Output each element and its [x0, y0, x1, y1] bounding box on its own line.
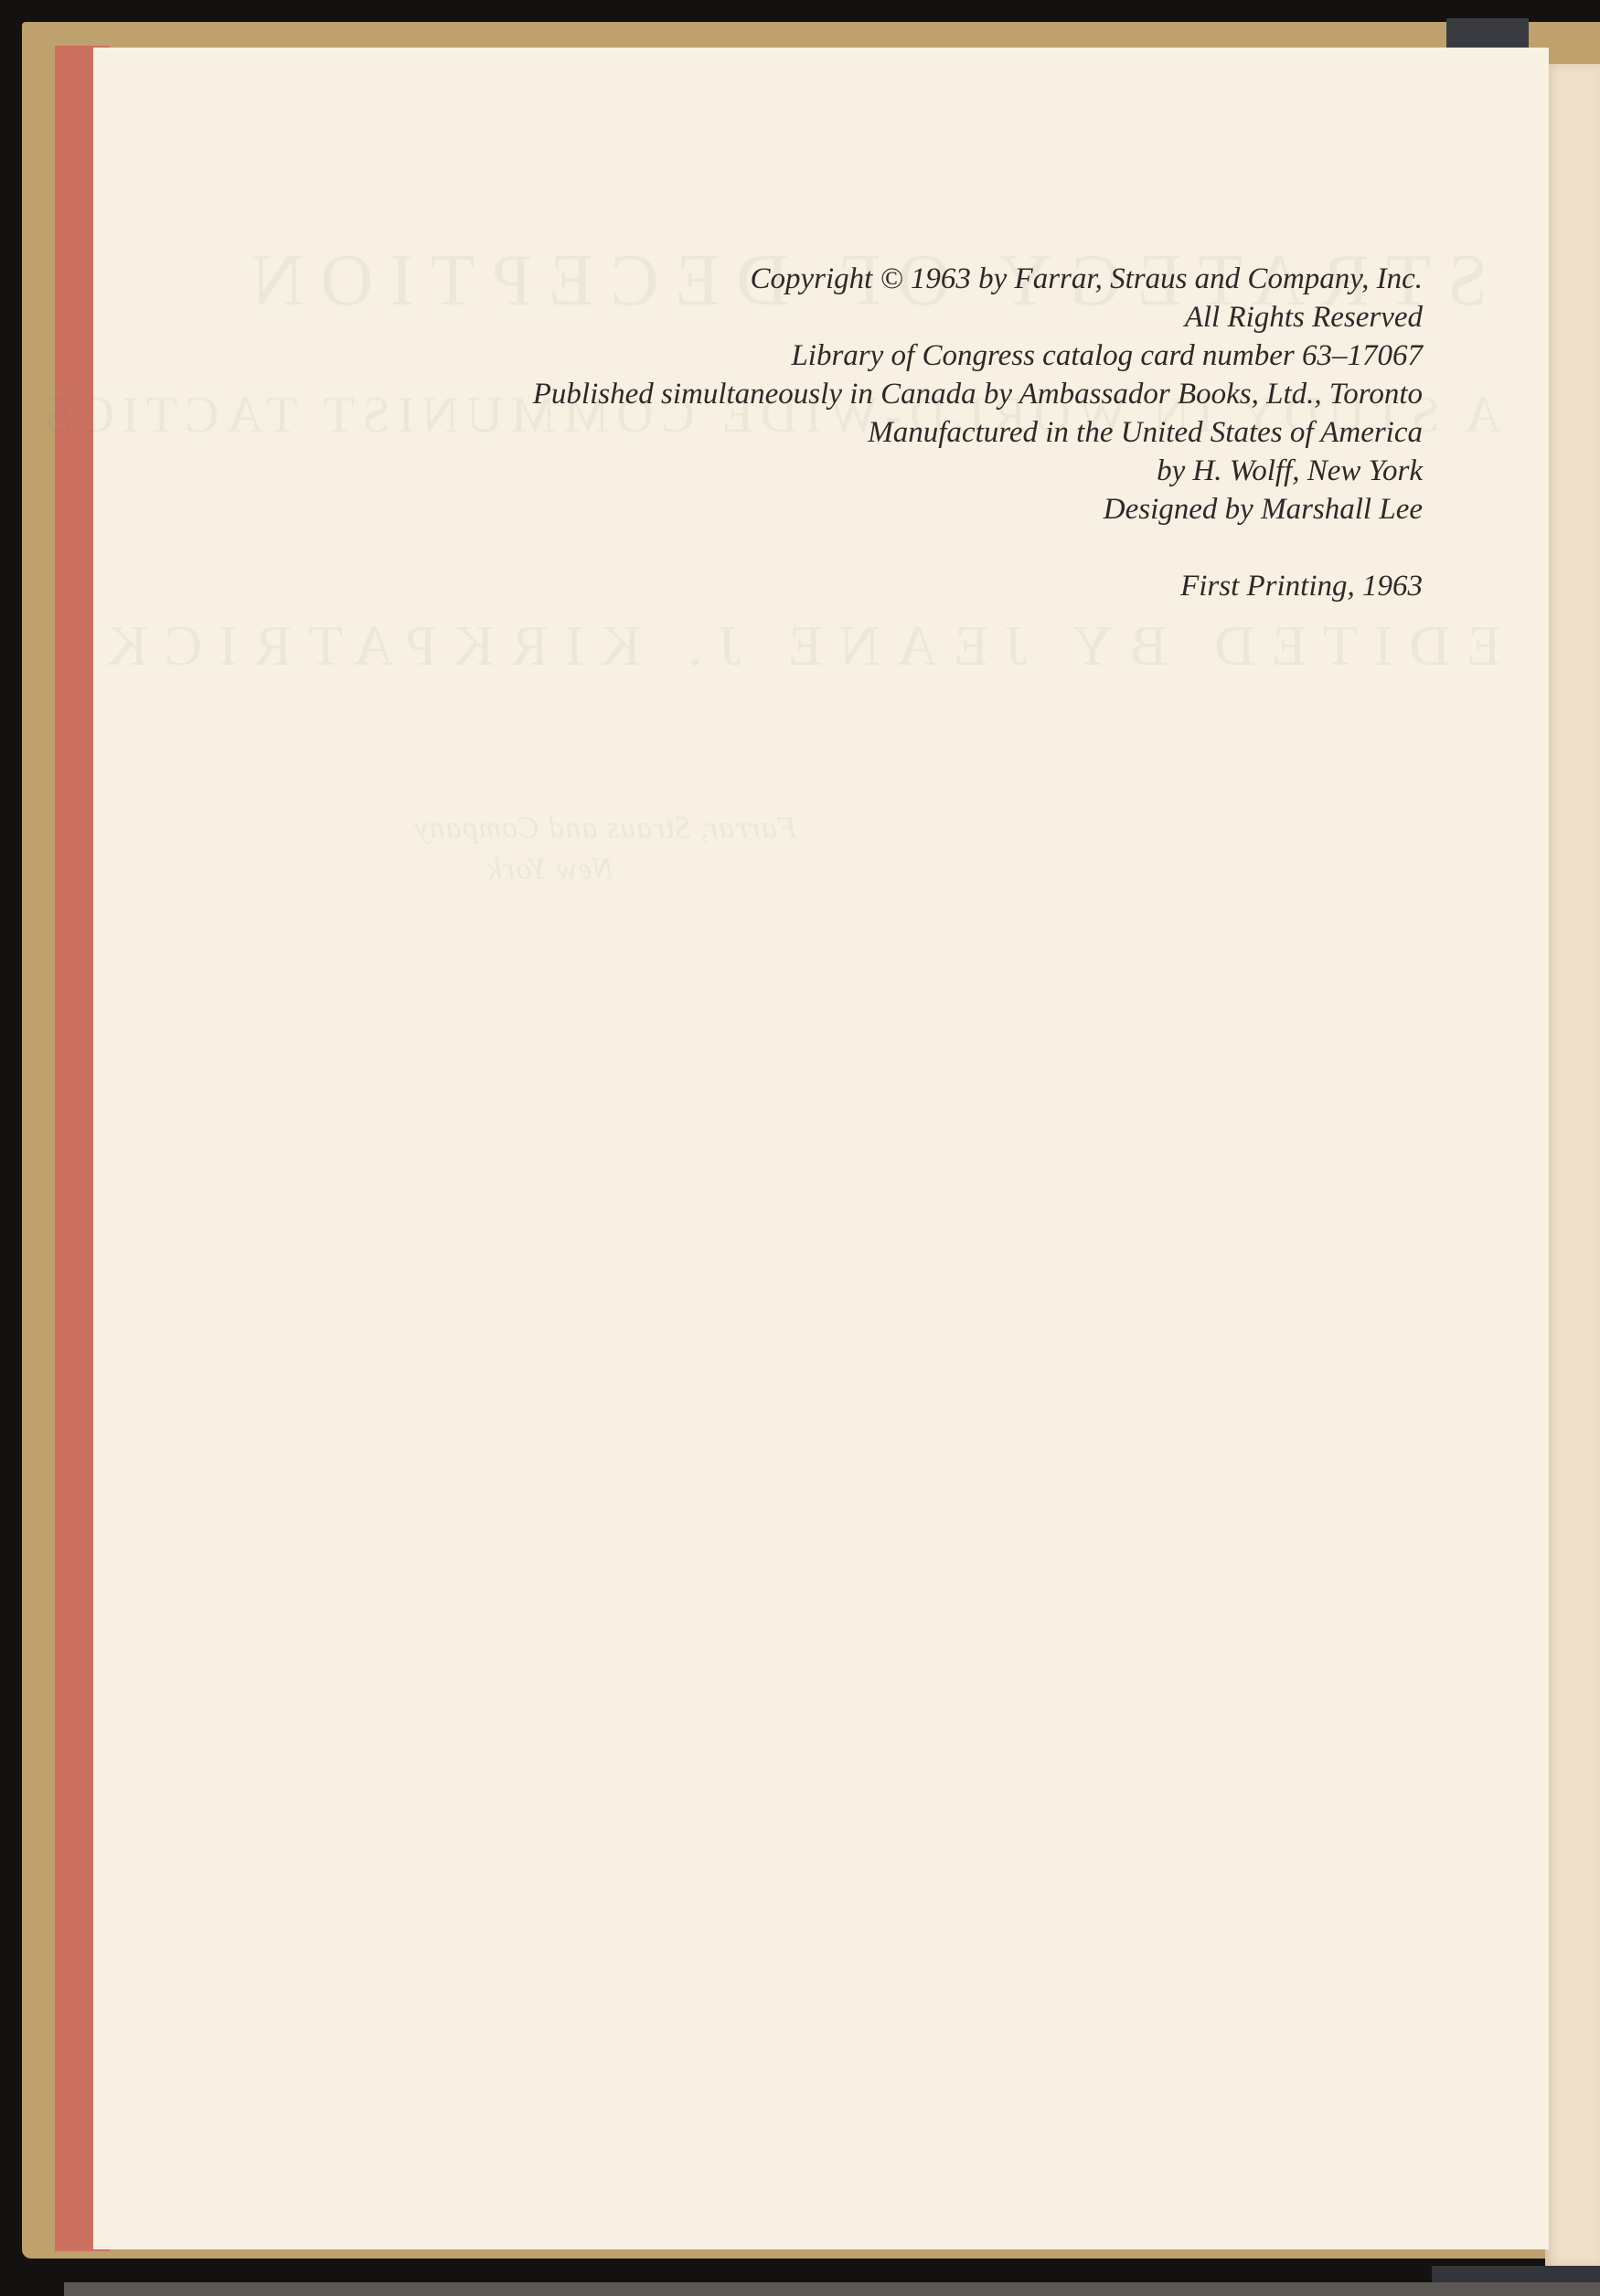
canada-publication-line: Published simultaneously in Canada by Am…	[533, 375, 1423, 413]
printer-line: by H. Wolff, New York	[533, 452, 1423, 490]
manufactured-line: Manufactured in the United States of Ame…	[533, 413, 1423, 452]
printing-line: First Printing, 1963	[533, 567, 1423, 605]
show-through-publisher: Farrar, Straus and Company	[0, 811, 1245, 846]
imprint-block: Copyright © 1963 by Farrar, Straus and C…	[533, 260, 1423, 605]
book-scan: STRATEGY OF DECEPTION A STUDY IN WORLD-W…	[0, 0, 1600, 2296]
rights-line: All Rights Reserved	[533, 298, 1423, 336]
facing-page-edge	[1545, 64, 1600, 2266]
copyright-line: Copyright © 1963 by Farrar, Straus and C…	[533, 260, 1423, 298]
lccn-line: Library of Congress catalog card number …	[533, 336, 1423, 375]
show-through-editor: EDITED BY JEANE J. KIRKPATRICK	[221, 614, 1501, 679]
show-through-city: New York	[0, 852, 1190, 887]
copyright-page: STRATEGY OF DECEPTION A STUDY IN WORLD-W…	[93, 48, 1549, 2249]
spacer	[533, 529, 1423, 567]
bottom-shadow	[64, 2282, 1600, 2296]
designer-line: Designed by Marshall Lee	[533, 490, 1423, 529]
